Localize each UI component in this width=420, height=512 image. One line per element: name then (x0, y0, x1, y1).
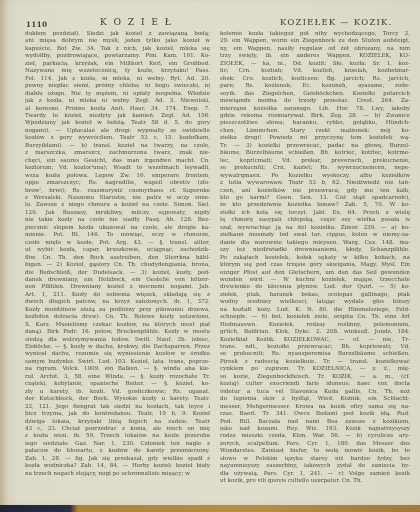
text-line: bicz trzyma, jak do kontredansu. Teatr, … (25, 411, 210, 418)
text-line: słowo w Polskim ięzyku starey niż bardzo… (220, 456, 410, 463)
text-line: ani mięsa dobrym nie myśli, jeden tylko … (25, 38, 210, 45)
text-line: dźwiga lokaia, krzyżaki linią fizpich na… (25, 419, 210, 426)
text-line: zieł, parkacia, krzyżak, ein Mißhort Ker… (25, 61, 210, 68)
text-line: z kozła wezi. ib. 59. Trzech lokaiów na … (25, 433, 210, 440)
text-line: koźlorum; Vd. kozlor'una); Wsadt to wsze… (25, 165, 210, 172)
text-line: cynklem po zupirem. Tr. KOZIELNICA, — y.… (220, 366, 410, 373)
text-line: koźłofen dotracia drew). Cn. Th. Bolowe … (25, 314, 210, 321)
running-header: 1110 K O Z I E Ł KOZIEŁEK — KOZIK. (22, 18, 414, 32)
text-line: ziołki ich kola się toczył. Jabl. Ex. 64… (220, 210, 410, 217)
text-line: chęci, ein saures Gesicht, das man irgen… (25, 158, 210, 165)
text-line: wunden wird. — W kuchni koziełek, mająw,… (220, 277, 410, 284)
text-line: rzas. Baerl. Tr. 341. Owce Bodami pod ko… (220, 411, 410, 418)
text-line: gdzie rekoma rozmiarywał. Birk. Zeg. 28.… (220, 113, 410, 120)
text-line: lic; Crn. kozliah; Vd. kozlish, kozelah,… (220, 68, 410, 75)
text-line: Art. 1, 211. Kozły do sobienia więzek, s… (25, 292, 210, 299)
text-line: schnepfe. — 6) bot. koziełek ziele, orzp… (220, 314, 410, 321)
text-line: czoło mięło w kozłe, Pot. Arg. 43. — §. … (25, 240, 210, 247)
text-line: Nazywano mię wszetecznicą, ty kozle, krz… (25, 68, 210, 75)
text-line: dukłem pozdział). Siedzi jak kozieł z za… (25, 31, 210, 38)
text-line: którym się pod czas trzęsie góry skwigan… (220, 262, 410, 269)
text-line: kapuście. Bot Zw. 34. Tak z nich, jak ko… (25, 46, 210, 53)
left-text-column: dukłem pozdział). Siedzi jak kozieł z za… (25, 31, 210, 478)
text-line: kozła wodniczka? Zab. 14, 84. — Herby ko… (25, 463, 210, 470)
page-number: 1110 (26, 20, 47, 29)
text-line: diabłu ożogu. Nie ty mężem, ni opłaty no… (25, 91, 210, 98)
text-line: zorych, scalpellum. Pars. Cyr. 1, 180. d… (220, 441, 410, 448)
text-line: drewienko do kłócenia płynów. Lud. der Q… (220, 284, 410, 291)
text-line: bäume, Burzelbäume schießen. Bh. kotrlec… (220, 150, 410, 157)
text-line: ziełek, ptak, baranek bekas, scolopax ga… (220, 292, 410, 299)
text-line: se prekucniti; Rs. nyausperemisa Burzelb… (220, 351, 410, 358)
text-line: nayumnieyszy zaszerbiny, iakowych zydal … (220, 463, 410, 470)
text-line: Hedmauswn. Koziełek, rodzay roślinny, po… (220, 322, 410, 329)
text-line: z Wersalski. Naszemu Starostie, nie patr… (25, 195, 210, 202)
text-line: koziaj) culter execriendi faris idoneus;… (220, 381, 410, 388)
text-line: Tr. — 3) koziełki przewracać, padać na g… (220, 143, 410, 150)
text-line: jak z kozła, ni mleka ni wełny. Zegl. Ad… (25, 98, 210, 105)
text-line: Kozły możdżinów służą za podlóżny przy p… (25, 307, 210, 314)
right-text-column: kolemie kozła takiegoż pół nihy wychodzą… (220, 31, 410, 486)
text-line: ruł. Archit. 3, 58. eine Winde. — §. koz… (25, 374, 210, 381)
text-line: trans. ndt., koziołki przewracać; Bh. ko… (220, 344, 410, 351)
text-line: nogami). — Upłacalaé ale drogi: wypmalty… (25, 128, 210, 135)
text-line: mienie. Pot. Bt. 146. To mówiąc, oczy w … (25, 232, 210, 239)
text-line: 43 c, 33. Chciał pozrzédrać z konia, ale… (25, 426, 210, 433)
text-line: na rigrum. Volck. 1009. ein Balken. — §.… (25, 366, 210, 373)
right-running-head: KOZIEŁEK — KOZIK. (280, 18, 393, 28)
text-line: siedzą dla wstrzymywania lodów. Switl. N… (25, 337, 210, 344)
text-line: cząteki, kobylanie, spanische Reiter. — … (25, 381, 210, 388)
text-line: ziełkami mosmały tod swał tar. cippus, k… (220, 232, 410, 239)
text-line: nen Pfählen. Drewniany kozieł z mocnemi … (25, 284, 210, 291)
text-line: Zab. 1, 28. — fig. Jak się przekazał, gd… (25, 456, 210, 463)
text-line: grtich, Baldrian. Klok. Dykc. 2. 208. wi… (220, 329, 410, 336)
text-line: z marszczka, zmarszcz, zachmurzona twarz… (25, 150, 210, 157)
text-line: chen, Lämmchen. Stary rzekł małżonek: mó… (220, 128, 410, 135)
text-line: zły u karety, ib. kozłi. Vd. gosłiczkowi… (25, 389, 210, 396)
text-line: der Kutschbock, der Bock. Wysokie kozły … (25, 396, 210, 403)
text-line: Po zakątach koziełek, kołek sękaty w kil… (220, 255, 410, 262)
text-line: pare; Rs. kozlenok; Ec. kozuneh, ayasame… (220, 83, 410, 90)
text-line: seyik. das Ziegelchen, Geisböckchen. Koz… (220, 91, 410, 98)
text-line: trzy święty, ib. ein anderes Wappen. KOZ… (220, 53, 410, 60)
text-line: pewny niepłac siemi, próżny chleba; ni b… (25, 83, 210, 90)
text-line: wywalrqmaen. Po Koziełku wyskoczy, albo … (220, 173, 410, 180)
text-line: daną). Birk Podr. 16. pelow, Bruckenpfäh… (25, 329, 210, 336)
table-edge-background (0, 505, 420, 512)
text-line: z tutia wywarowaw. Teatr 53 b, 62. Niedź… (220, 180, 410, 187)
text-line: pieszczotliwe słowa; baranku, rybko, goł… (220, 120, 410, 127)
text-line: 129. Jak Bauzasy, mrukliwy, milczy, sępo… (25, 210, 210, 217)
text-line: eiziger Pfost auf den Gletschern, um den… (220, 270, 410, 277)
text-line: tę chmurę zasypali chłopską, część zey w… (220, 217, 410, 224)
text-line: ny, ein Wappen, nasiły regulaw od żeł ob… (220, 46, 410, 53)
text-line: 29. ein Wappen, worin ein Ziegenbock zu … (220, 38, 410, 45)
text-line: do lupienia skór z bydląt, Wied. Koźnik,… (220, 396, 410, 403)
text-line: kto go karmi? Goen. Sen. 13. Cóż stąd sp… (220, 195, 410, 202)
text-line: ziełku drogi! Powiedz mi przyczynę tem k… (220, 135, 410, 142)
text-line: rodze mieszki czeda, Klon. War. 56. — b)… (220, 433, 410, 440)
text-line: al koresno. Próżno kozła Anit. Haur. 34.… (25, 106, 210, 113)
text-line: mierząnn koziołka zaranego. Lib. Hor. 78… (220, 106, 410, 113)
text-line: wsza kozła połowa. Lepow Zw. 16. emperar… (25, 173, 210, 180)
text-line: czeń, ani koziełków nie przewraca, gdy m… (220, 188, 410, 195)
text-line: Wpodziany jak kozieł w łodzią. Teatr 58 … (25, 120, 210, 127)
scanned-dictionary-page: 1110 K O Z I E Ł KOZIEŁEK — KOZIK. dukłe… (0, 0, 420, 505)
text-line: wydoiłby, pozdrowiające, powtarzamy. Pim… (25, 53, 210, 60)
text-line: iako nad kozami. Rey. Wiz. 193. Kozik na… (220, 426, 410, 433)
text-line: mówiąmdz modna do trzody przestać. Crest… (220, 98, 410, 105)
text-line: X. Karz. Musieliśmy czekać kozłów, na kt… (25, 322, 210, 329)
text-line: wyniosł dachu, rozumie się wyniesienie k… (25, 351, 210, 358)
text-line: danek drewniany, ein Holzbock, ein Geste… (25, 277, 210, 284)
text-line: danie dla warownie takiego mieysen. Warg… (220, 240, 410, 247)
text-line: Eisböcke. — §. kozły w dachu, krokwy, di… (25, 344, 210, 351)
text-line: Burzyiblami). — b) transl. kozieł na twa… (25, 143, 210, 150)
text-line: shek: Cro. kozlich, kozlicsen; Bg. jarci… (220, 76, 410, 83)
text-line: so kozie, Ziegenbockfleisch. Tr. KOZIK, … (220, 374, 410, 381)
text-line: że kto przedziwnie koziołka łamaw? Zab. … (220, 202, 410, 209)
text-line: iego siedziało. Gaz. Nar. 1, 230. Członi… (25, 441, 210, 448)
text-line: brow', brwi); Rs. rzasmuryniź cnomyrbaos… (25, 188, 210, 195)
text-line: ZIOŁEK, — ka, m., Dd. kozlit: Sło. kozłá… (220, 61, 410, 68)
text-line: se prekucniti; Crn. kazlet; Rs. wywrzucn… (220, 165, 410, 172)
text-line: videtur a tuca vel Slavonica Kuda pallis… (220, 389, 410, 396)
text-line: Pod. Bill. Baczała nad nami Boa zawsze z… (220, 419, 410, 426)
text-line: Wundarztes. Zamiast bisfur, to wolę mówi… (220, 448, 410, 455)
text-line: dła używaią. Pars. Cyr. 1, 241. — c) Vol… (220, 471, 410, 478)
text-line: szy też niedźwiadki drewnisaniemi, kłody… (220, 247, 410, 254)
text-line: oppo zmarszczyć; Rs. nagrudilie, wapeil … (25, 180, 210, 187)
text-line: na kształt kozy. Lud. K. N. 80. die Himm… (220, 307, 410, 314)
text-line: na trzech nogach stojący, nogi po ochron… (25, 471, 210, 478)
text-line: Koziełkiał Koźlik. KOZIEŁKOWAĆ, — of. — … (220, 337, 410, 344)
text-line: szał, wywrachiąc ją na dól koziełka. Zim… (220, 225, 410, 232)
text-line: Fel. 114. Jak z kozła, ni mleka, ni wełn… (25, 76, 210, 83)
text-line: fliw. Cn. Th. den Bock austreiben, den S… (25, 255, 210, 262)
left-running-head: K O Z I E Ł (100, 18, 173, 28)
text-line: 22, 121. Jego fiengrat tak siedzi na koz… (25, 404, 210, 411)
text-line: lec, koprlcmati; Vd. prekar, preverisch,… (220, 158, 410, 165)
text-line: messer, Mehgermesser. Krowa na kozik ofi… (220, 404, 410, 411)
text-line: ut kozik, pro vili quovis cultello usurp… (220, 478, 410, 485)
text-line: ut wybić kozła, capar, kruszkowie, uciąg… (25, 247, 210, 254)
text-line: kozłów z gory wywrócilem. Teatr 53 c. 15… (25, 135, 210, 142)
text-line: samym budynku. Swirt. Lud. 103. Kozieł, … (25, 359, 210, 366)
text-line: nie takie kozły na czole nie siadły. Pas… (25, 217, 210, 224)
text-line: dwóch długich palców, na krzyż założonyc… (25, 299, 210, 306)
text-line: Pirosk z radością koziełkuie. Tr. — tran… (220, 359, 410, 366)
text-line: die Bedschleiß, der Dudelsack. — 3) kozi… (25, 270, 210, 277)
text-line: lo. Zawsze z niego chmura a kozieł na cz… (25, 202, 210, 209)
text-line: bigen. — 2) Kozioł, gąsiory Cn. Th. chud… (25, 262, 210, 269)
text-line: wodny średniey wielkości, latając wydale… (220, 299, 410, 306)
text-line: piecznic slopem kozła ukazowal na czole,… (25, 225, 210, 232)
text-line: Twardy to kozieł, niezłyty jak kamień. Z… (25, 113, 210, 120)
text-line: kolemie kozła takiegoż pół nihy wychodzą… (220, 31, 410, 38)
text-line: pałaców do blowartu, z kozłów do karety … (25, 448, 210, 455)
